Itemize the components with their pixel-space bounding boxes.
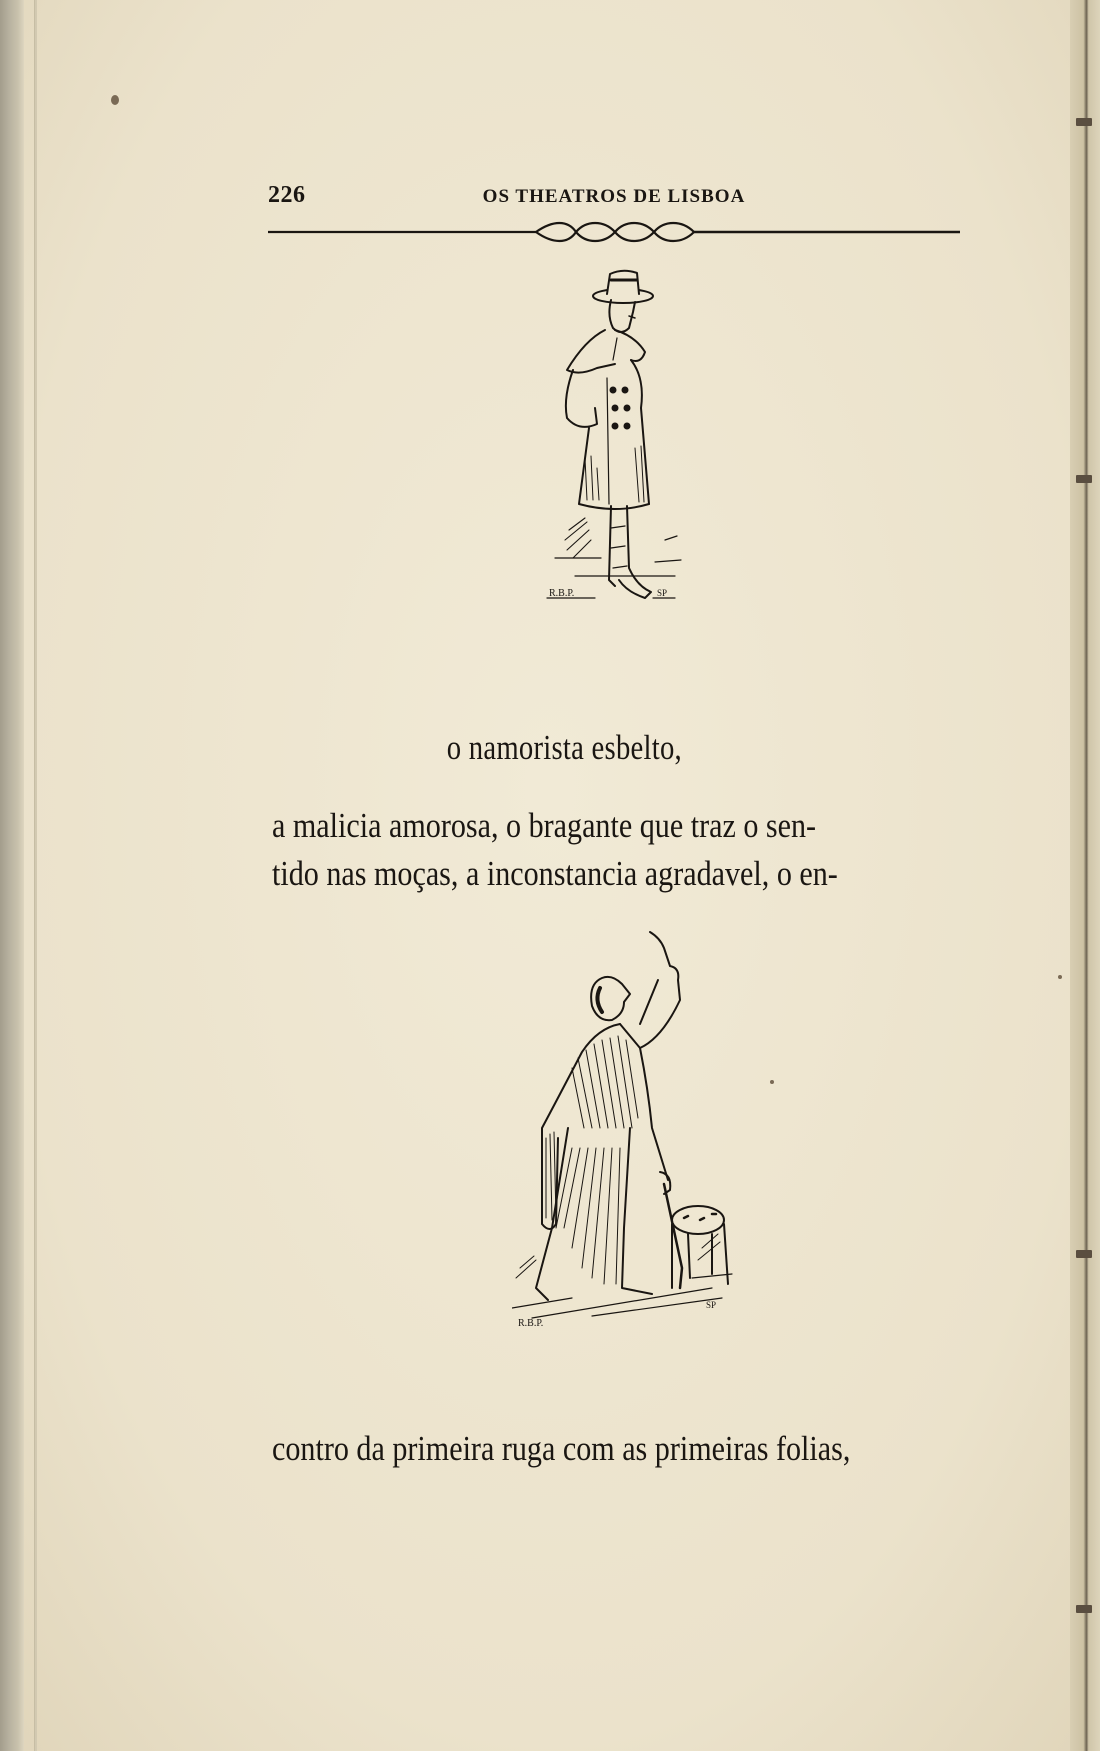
figure-1-signature-left: R.B.P. xyxy=(549,588,574,599)
page-tab-marker xyxy=(1076,118,1092,126)
left-page-edge-line xyxy=(34,0,37,1751)
paper-speck xyxy=(111,95,119,105)
paragraph-line: a malicia amorosa, o bragante que traz o… xyxy=(272,802,870,850)
paragraph-line: tido nas moças, a inconstancia agradavel… xyxy=(272,850,870,898)
left-binding-edge xyxy=(0,0,24,1751)
figure-2-signature-right: SP xyxy=(706,1300,716,1310)
closing-paragraph: contro da primeira ruga com as primeiras… xyxy=(272,1425,967,1473)
illustration-man-pointing: R.B.P. SP xyxy=(512,928,742,1388)
figure-2-signature-left: R.B.P. xyxy=(518,1318,543,1329)
illustration-namorista: R.B.P. SP xyxy=(545,268,705,678)
paper-speck xyxy=(770,1080,774,1084)
running-title: OS THEATROS DE LISBOA xyxy=(268,186,960,208)
running-header: 226 OS THEATROS DE LISBOA xyxy=(268,178,960,218)
ornamental-rule xyxy=(268,219,960,245)
page-tab-marker xyxy=(1076,475,1092,483)
figure-caption: o namorista esbelto, xyxy=(99,728,1001,768)
body-paragraph: a malicia amorosa, o bragante que traz o… xyxy=(272,802,967,898)
page-tab-marker xyxy=(1076,1605,1092,1613)
book-page: 226 OS THEATROS DE LISBOA xyxy=(0,0,1100,1751)
paragraph-line: contro da primeira ruga com as primeiras… xyxy=(272,1425,870,1473)
figure-1-signature-right: SP xyxy=(657,588,667,598)
page-tab-marker xyxy=(1076,1250,1092,1258)
paper-speck xyxy=(1058,975,1062,979)
right-page-edge xyxy=(1070,0,1100,1751)
